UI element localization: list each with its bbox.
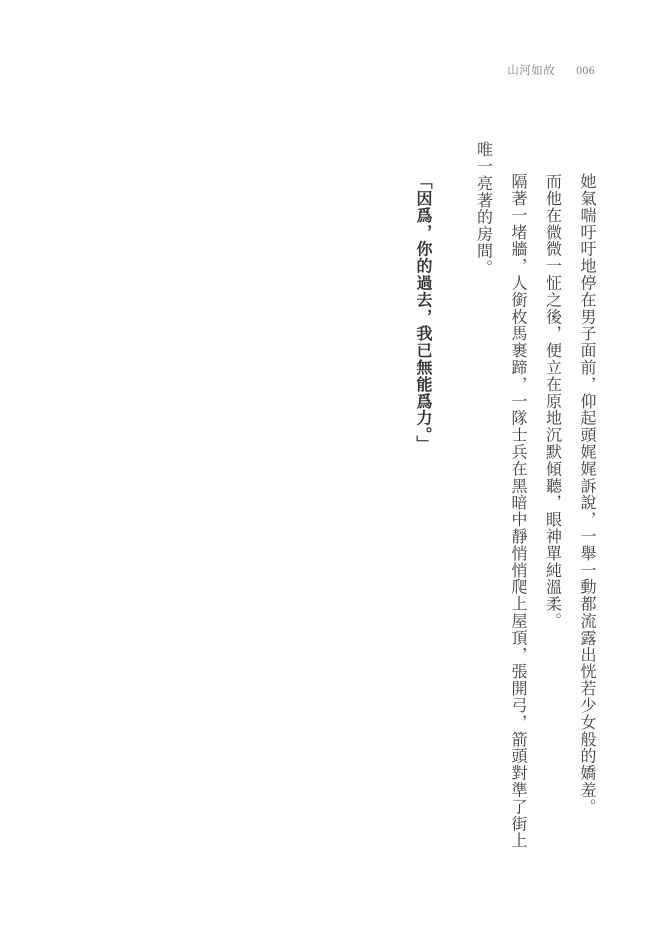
book-page: 山河如故 006 她氣喘吁吁地停在男子面前，仰起頭娓娓訴說，一舉一動都流露出恍若… <box>0 0 663 932</box>
paragraph-3: 隔著一堵牆，人銜枚馬裹蹄，一隊士兵在黑暗中靜悄悄爬上屋頂，張開弓，箭頭對準了街上… <box>465 141 534 849</box>
book-title: 山河如故 <box>507 62 555 78</box>
quote-line: 「因爲，你的過去，我已無能爲力。」 <box>405 141 440 849</box>
body-text: 她氣喘吁吁地停在男子面前，仰起頭娓娓訴說，一舉一動都流露出恍若少女般的嬌羞。 而… <box>405 141 604 849</box>
page-number: 006 <box>576 65 595 77</box>
running-head: 山河如故 006 <box>507 62 595 78</box>
paragraph-1: 她氣喘吁吁地停在男子面前，仰起頭娓娓訴說，一舉一動都流露出恍若少女般的嬌羞。 <box>569 141 604 849</box>
paragraph-2: 而他在微微一怔之後，便立在原地沉默傾聽，眼神單純溫柔。 <box>534 141 569 849</box>
